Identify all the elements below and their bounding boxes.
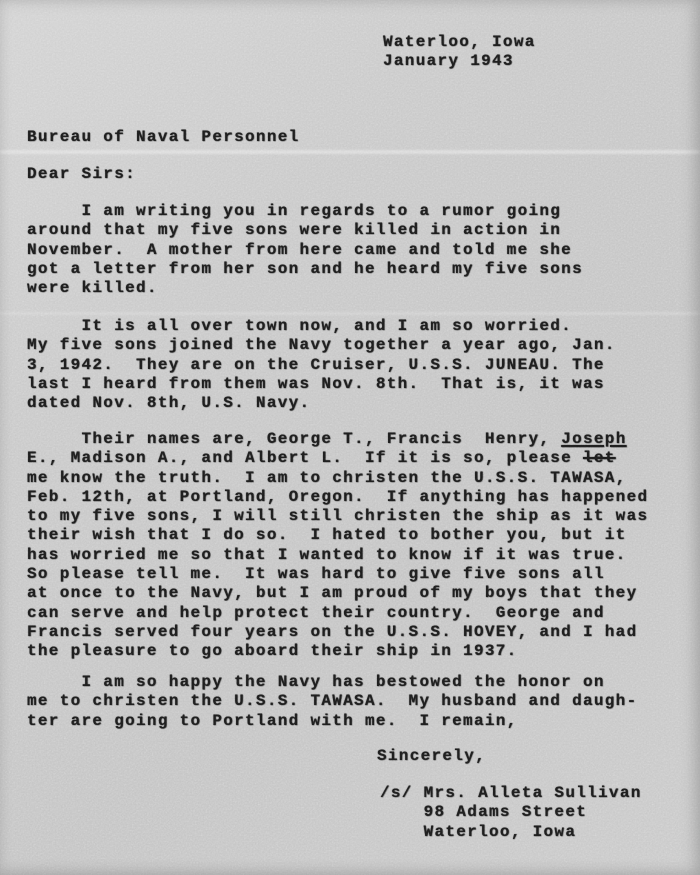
text-line: Their names are, George T., Francis Henr… [27, 430, 648, 449]
text-line: 3, 1942. They are on the Cruiser, U.S.S.… [27, 356, 616, 375]
text-line: E., Madison A., and Albert L. If it is s… [27, 449, 648, 468]
text-line: ter are going to Portland with me. I rem… [27, 712, 638, 731]
closing-sincerely: Sincerely, [377, 747, 486, 766]
text-line: me to christen the U.S.S. TAWASA. My hus… [27, 692, 638, 711]
recipient-line: Bureau of Naval Personnel [27, 128, 300, 147]
text-line: So please tell me. It was hard to give f… [27, 565, 648, 584]
text-line: dated Nov. 8th, U.S. Navy. [27, 394, 616, 413]
text-line: the pleasure to go aboard their ship in … [27, 642, 648, 661]
text-line: at once to the Navy, but I am proud of m… [27, 584, 648, 603]
text-line: Francis served four years on the U.S.S. … [27, 623, 648, 642]
scan-artifact-band [0, 312, 700, 315]
letter-heading-dateline: Waterloo, IowaJanuary 1943 [383, 33, 536, 72]
scan-artifact-band [0, 150, 700, 154]
signature-block: /s/ Mrs. Alleta Sullivan 98 Adams Street… [380, 784, 642, 842]
paragraph-2: It is all over town now, and I am so wor… [27, 317, 616, 413]
text-line: I am so happy the Navy has bestowed the … [27, 673, 638, 692]
text-line: last I heard from them was Nov. 8th. Tha… [27, 375, 616, 394]
text-line: My five sons joined the Navy together a … [27, 336, 616, 355]
letter-document: Waterloo, IowaJanuary 1943 Bureau of Nav… [0, 0, 700, 875]
text-line: around that my five sons were killed in … [27, 221, 583, 240]
text-line: has worried me so that I wanted to know … [27, 546, 648, 565]
text-line: 98 Adams Street [380, 803, 642, 822]
text-line: /s/ Mrs. Alleta Sullivan [380, 784, 642, 803]
paragraph-1: I am writing you in regards to a rumor g… [27, 202, 583, 298]
text-line: were killed. [27, 279, 583, 298]
text-line: Feb. 12th, at Portland, Oregon. If anyth… [27, 488, 648, 507]
text-line: me know the truth. I am to christen the … [27, 469, 648, 488]
text-line: Waterloo, Iowa [380, 823, 642, 842]
salutation: Dear Sirs: [27, 165, 136, 184]
text-line: I am writing you in regards to a rumor g… [27, 202, 583, 221]
text-line: November. A mother from here came and to… [27, 241, 583, 260]
paragraph-3: Their names are, George T., Francis Henr… [27, 430, 648, 662]
text-line: It is all over town now, and I am so wor… [27, 317, 616, 336]
text-line: got a letter from her son and he heard m… [27, 260, 583, 279]
text-line: January 1943 [383, 52, 536, 71]
text-line: can serve and help protect their country… [27, 604, 648, 623]
paragraph-4: I am so happy the Navy has bestowed the … [27, 673, 638, 731]
text-line: their wish that I do so. I hated to both… [27, 526, 648, 545]
text-line: to my five sons, I will still christen t… [27, 507, 648, 526]
text-line: Waterloo, Iowa [383, 33, 536, 52]
